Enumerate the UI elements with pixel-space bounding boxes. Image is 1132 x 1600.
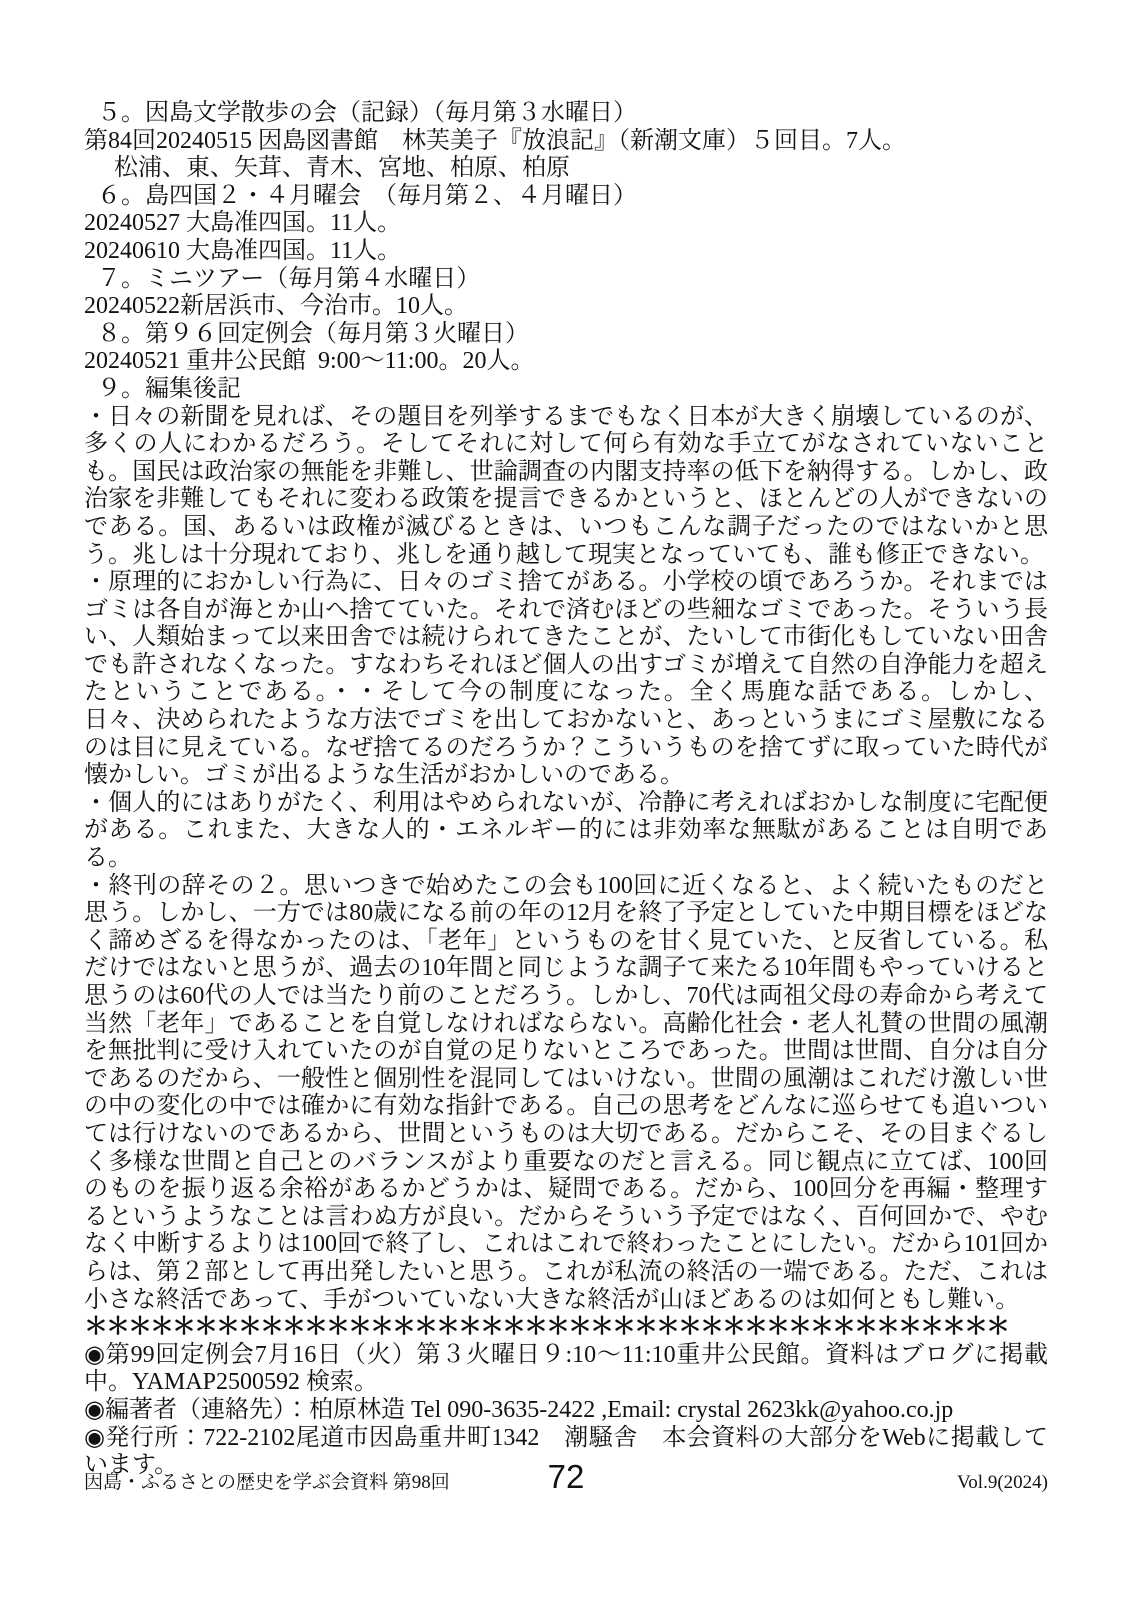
- document-body: ５。因島文学散歩の会（記録）（毎月第３水曜日）第84回20240515 因島図書…: [84, 100, 1048, 1480]
- section-heading: ６。島四国２・４月曜会 （毎月第２、４月曜日）: [84, 183, 1048, 211]
- footer-volume-label: Vol.9(2024): [584, 1472, 1048, 1494]
- record-line: 20240522新居浜市、今治市。10人。: [84, 293, 1048, 321]
- record-line: 20240527 大島准四国。11人。: [84, 210, 1048, 238]
- page-number: 72: [548, 1460, 585, 1493]
- page-footer: 因島・ふるさとの歴史を学ぶ会資料 第98回 72 Vol.9(2024): [84, 1460, 1048, 1494]
- notice-line: ◉第99回定例会7月16日（火）第３火曜日９:10〜11:10重井公民館。資料は…: [84, 1342, 1048, 1397]
- section-heading: ９。編集後記: [84, 376, 1048, 404]
- record-line: 20240521 重井公民館 9:00〜11:00。20人。: [84, 348, 1048, 376]
- section-heading: ８。第９６回定例会（毎月第３火曜日）: [84, 321, 1048, 349]
- footer-series-title: 因島・ふるさとの歴史を学ぶ会資料 第98回: [84, 1467, 548, 1494]
- section-heading: ５。因島文学散歩の会（記録）（毎月第３水曜日）: [84, 100, 1048, 128]
- document-page: ５。因島文学散歩の会（記録）（毎月第３水曜日）第84回20240515 因島図書…: [0, 0, 1132, 1600]
- attendee-names: 松浦、東、矢茸、青木、宮地、柏原、柏原: [84, 155, 1048, 183]
- section-heading: ７。ミニツアー（毎月第４水曜日）: [84, 266, 1048, 294]
- editorial-paragraph: ・終刊の辞その２。思いつきで始めたこの会も100回に近くなると、よく続いたものだ…: [84, 873, 1048, 1315]
- editorial-paragraph: ・日々の新聞を見れば、その題目を列挙するまでもなく日本が大きく崩壊しているのが、…: [84, 404, 1048, 570]
- editorial-paragraph: ・個人的にはありがたく、利用はやめられないが、冷静に考えればおかしな制度に宅配便…: [84, 790, 1048, 873]
- record-line: 第84回20240515 因島図書館 林芙美子『放浪記』（新潮文庫）５回目。7人…: [84, 128, 1048, 156]
- record-line: 20240610 大島准四国。11人。: [84, 238, 1048, 266]
- separator-row: ＊＊＊＊＊＊＊＊＊＊＊＊＊＊＊＊＊＊＊＊＊＊＊＊＊＊＊＊＊＊＊＊＊＊＊＊＊＊＊＊…: [84, 1314, 1048, 1342]
- editorial-paragraph: ・原理的におかしい行為に、日々のゴミ捨てがある。小学校の頃であろうか。それまでは…: [84, 569, 1048, 790]
- notice-line: ◉編著者（連絡先）：柏原林造 Tel 090-3635-2422 ,Email:…: [84, 1397, 1048, 1425]
